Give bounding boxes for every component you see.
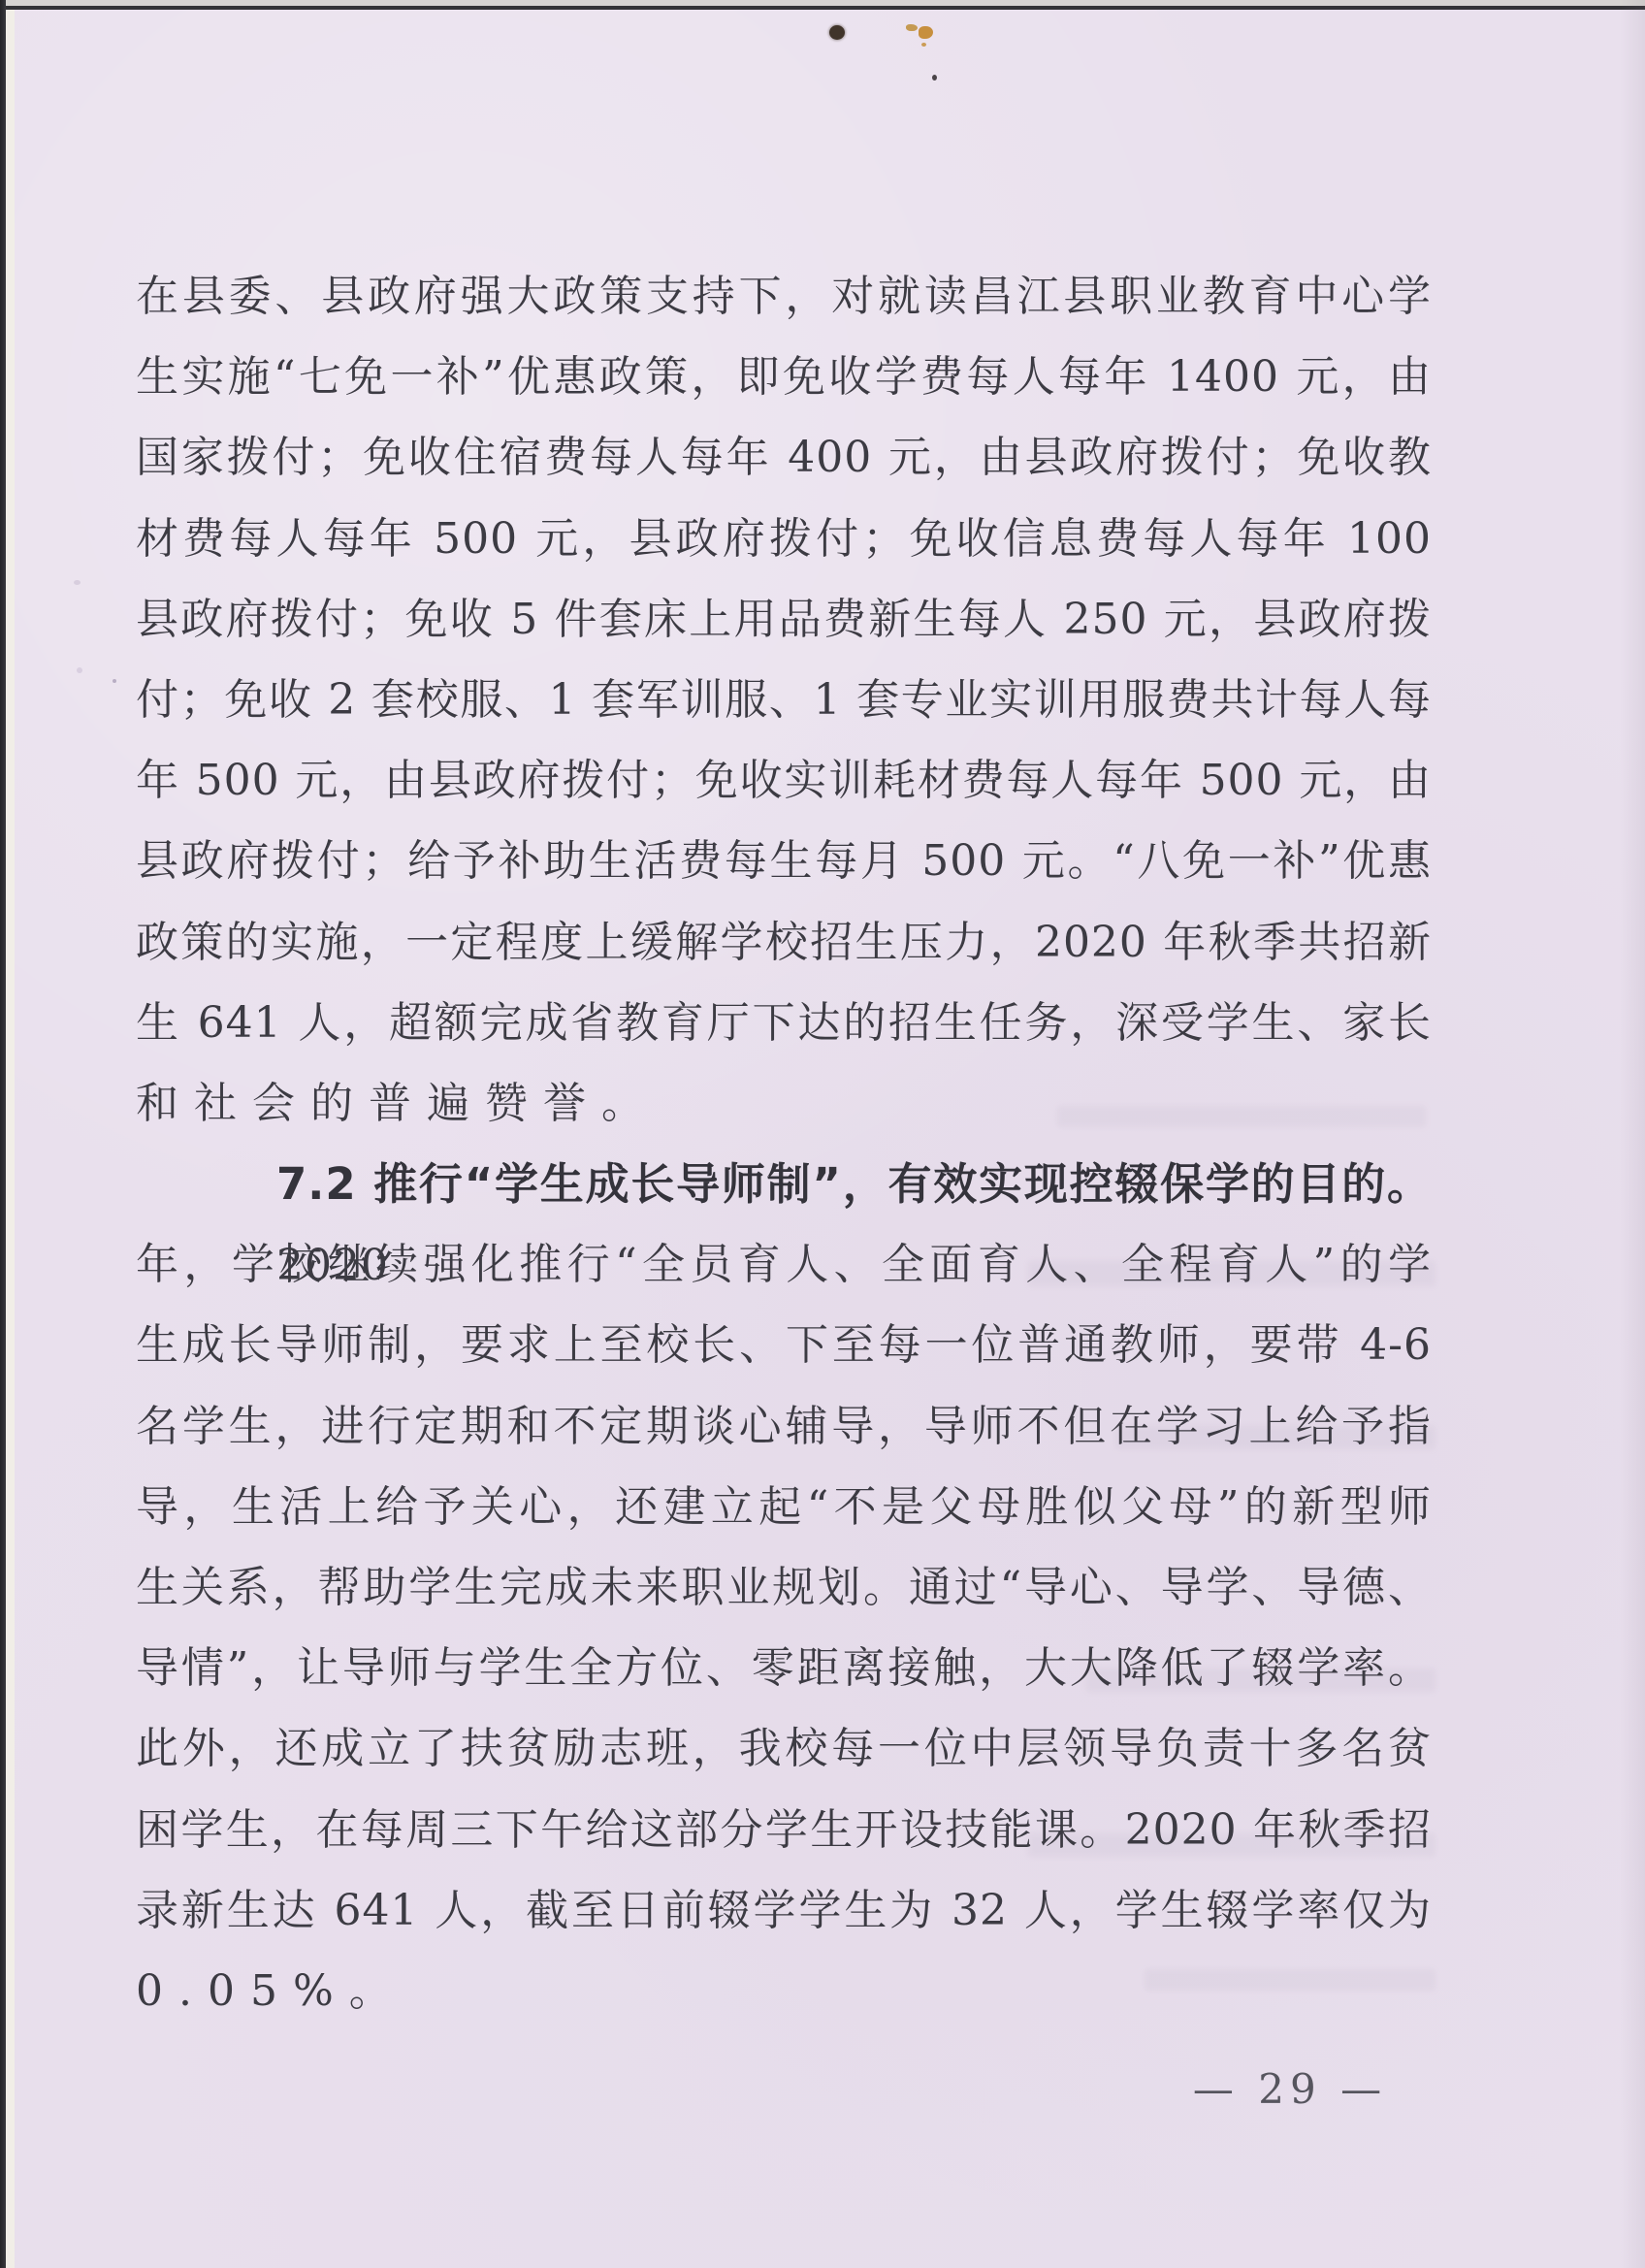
body-line: 县政府拨付；免收 5 件套床上用品费新生每人 250 元，县政府拨	[136, 579, 1432, 660]
body-line: 材费每人每年 500 元，县政府拨付；免收信息费每人每年 100 元，	[136, 499, 1432, 579]
body-line: 困学生，在每周三下午给这部分学生开设技能课。2020 年秋季招	[136, 1790, 1432, 1870]
body-line: 生实施“七免一补”优惠政策，即免收学费每人每年 1400 元，由	[136, 337, 1432, 417]
section-heading-7-2: 7.2 推行“学生成长导师制”，有效实现控辍保学的目的。2020	[136, 1144, 1432, 1224]
body-line: 付；免收 2 套校服、1 套军训服、1 套专业实训用服费共计每人每	[136, 660, 1432, 740]
section-heading-bold-text: 7.2 推行“学生成长导师制”，有效实现控辍保学的目的。	[276, 1158, 1432, 1210]
scan-edge-left-strip	[6, 10, 15, 2268]
scanned-document-page: 在县委、县政府强大政策支持下，对就读昌江县职业教育中心学 生实施“七免一补”优惠…	[0, 0, 1645, 2268]
page-number: — 29 —	[1164, 2060, 1416, 2119]
scan-edge-top-line	[0, 6, 1645, 10]
body-line: 年，学校继续强化推行“全员育人、全面育人、全程育人”的学	[136, 1224, 1432, 1305]
body-line-paragraph-end: 0.05%。	[136, 1951, 1432, 2031]
paper-blemish	[77, 667, 82, 673]
body-line: 名学生，进行定期和不定期谈心辅导，导师不但在学习上给予指	[136, 1386, 1432, 1467]
body-line: 政策的实施，一定程度上缓解学校招生压力，2020 年秋季共招新	[136, 902, 1432, 983]
body-line: 年 500 元，由县政府拨付；免收实训耗材费每人每年 500 元，由	[136, 740, 1432, 821]
stain-speck	[906, 24, 918, 31]
body-line: 国家拨付；免收住宿费每人每年 400 元，由县政府拨付；免收教	[136, 417, 1432, 498]
body-line: 导，生活上给予关心，还建立起“不是父母胜似父母”的新型师	[136, 1467, 1432, 1547]
scan-edge-right-shade	[1620, 0, 1645, 2268]
body-line: 县政府拨付；给予补助生活费每生每月 500 元。“八免一补”优惠	[136, 821, 1432, 901]
body-line: 在县委、县政府强大政策支持下，对就读昌江县职业教育中心学	[136, 256, 1432, 337]
body-line: 生关系，帮助学生完成未来职业规划。通过“导心、导学、导德、	[136, 1547, 1432, 1628]
document-body: 在县委、县政府强大政策支持下，对就读昌江县职业教育中心学 生实施“七免一补”优惠…	[136, 256, 1432, 2031]
ink-speck	[829, 25, 845, 40]
paper-blemish	[74, 580, 81, 585]
body-line: 此外，还成立了扶贫励志班，我校每一位中层领导负责十多名贫	[136, 1708, 1432, 1789]
body-line: 生成长导师制，要求上至校长、下至每一位普通教师，要带 4-6	[136, 1305, 1432, 1385]
body-line: 生 641 人，超额完成省教育厅下达的招生任务，深受学生、家长	[136, 983, 1432, 1063]
stain-speck	[921, 43, 926, 47]
body-line-paragraph-end: 和社会的普遍赞誉。	[136, 1063, 1432, 1144]
body-line: 录新生达 641 人，截至日前辍学学生为 32 人，学生辍学率仅为	[136, 1870, 1432, 1951]
body-line: 导情”，让导师与学生全方位、零距离接触，大大降低了辍学率。	[136, 1628, 1432, 1708]
ink-speck	[932, 75, 937, 81]
paper-blemish	[113, 679, 116, 683]
